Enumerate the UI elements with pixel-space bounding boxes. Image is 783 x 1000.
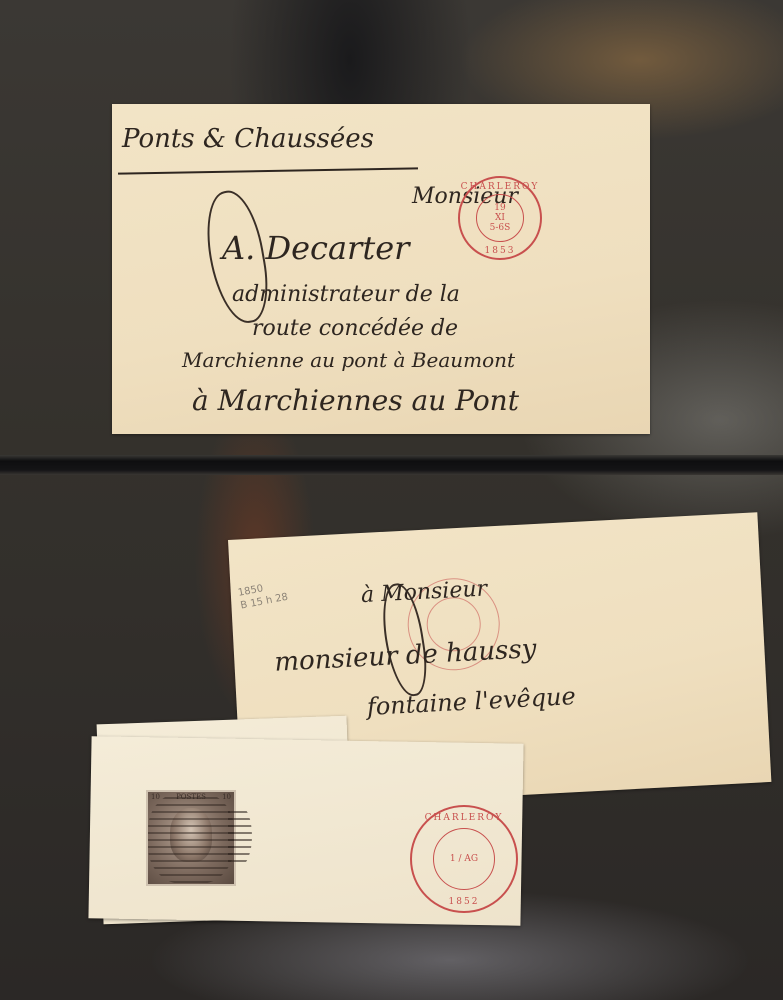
fragment-postmark-year: 1852	[449, 897, 480, 907]
postmark-time: 5-6S	[490, 223, 511, 233]
postmark-month: XI	[495, 213, 505, 223]
postage-stamp: 10 POSTES 10	[146, 790, 236, 886]
barred-cancel	[148, 792, 234, 884]
top-cover-letter: Ponts & Chaussées Monsieur A. Decarter a…	[112, 104, 650, 434]
postmark-day: 19	[494, 203, 505, 213]
pencil-note: 1850 B 15 h 28	[237, 578, 289, 613]
top-cover-line-2: A. Decarter	[222, 229, 409, 267]
fragment-postmark-center: 1 / AG	[450, 854, 478, 864]
postmark-year: 1853	[485, 246, 516, 256]
top-postmark: CHARLEROY 19 XI 5-6S 1853	[458, 176, 542, 260]
postmark-ring-text: CHARLEROY	[461, 182, 540, 192]
top-cover-header: Ponts & Chaussées	[122, 124, 374, 154]
header-underline	[118, 167, 418, 174]
fragment-postmark: CHARLEROY 1 / AG 1852	[410, 805, 518, 913]
barred-cancel-extension	[228, 806, 252, 866]
top-cover-line-4: route concédée de	[252, 316, 458, 341]
bottom-cover-line-3: fontaine l'evêque	[366, 682, 576, 721]
fragment-postmark-ring: CHARLEROY	[425, 813, 504, 823]
top-cover-line-3: administrateur de la	[232, 282, 460, 307]
top-cover-line-5: Marchienne au pont à Beaumont	[182, 348, 515, 372]
top-cover-line-6: à Marchiennes au Pont	[192, 384, 519, 417]
album-sleeve-divider	[0, 455, 783, 475]
